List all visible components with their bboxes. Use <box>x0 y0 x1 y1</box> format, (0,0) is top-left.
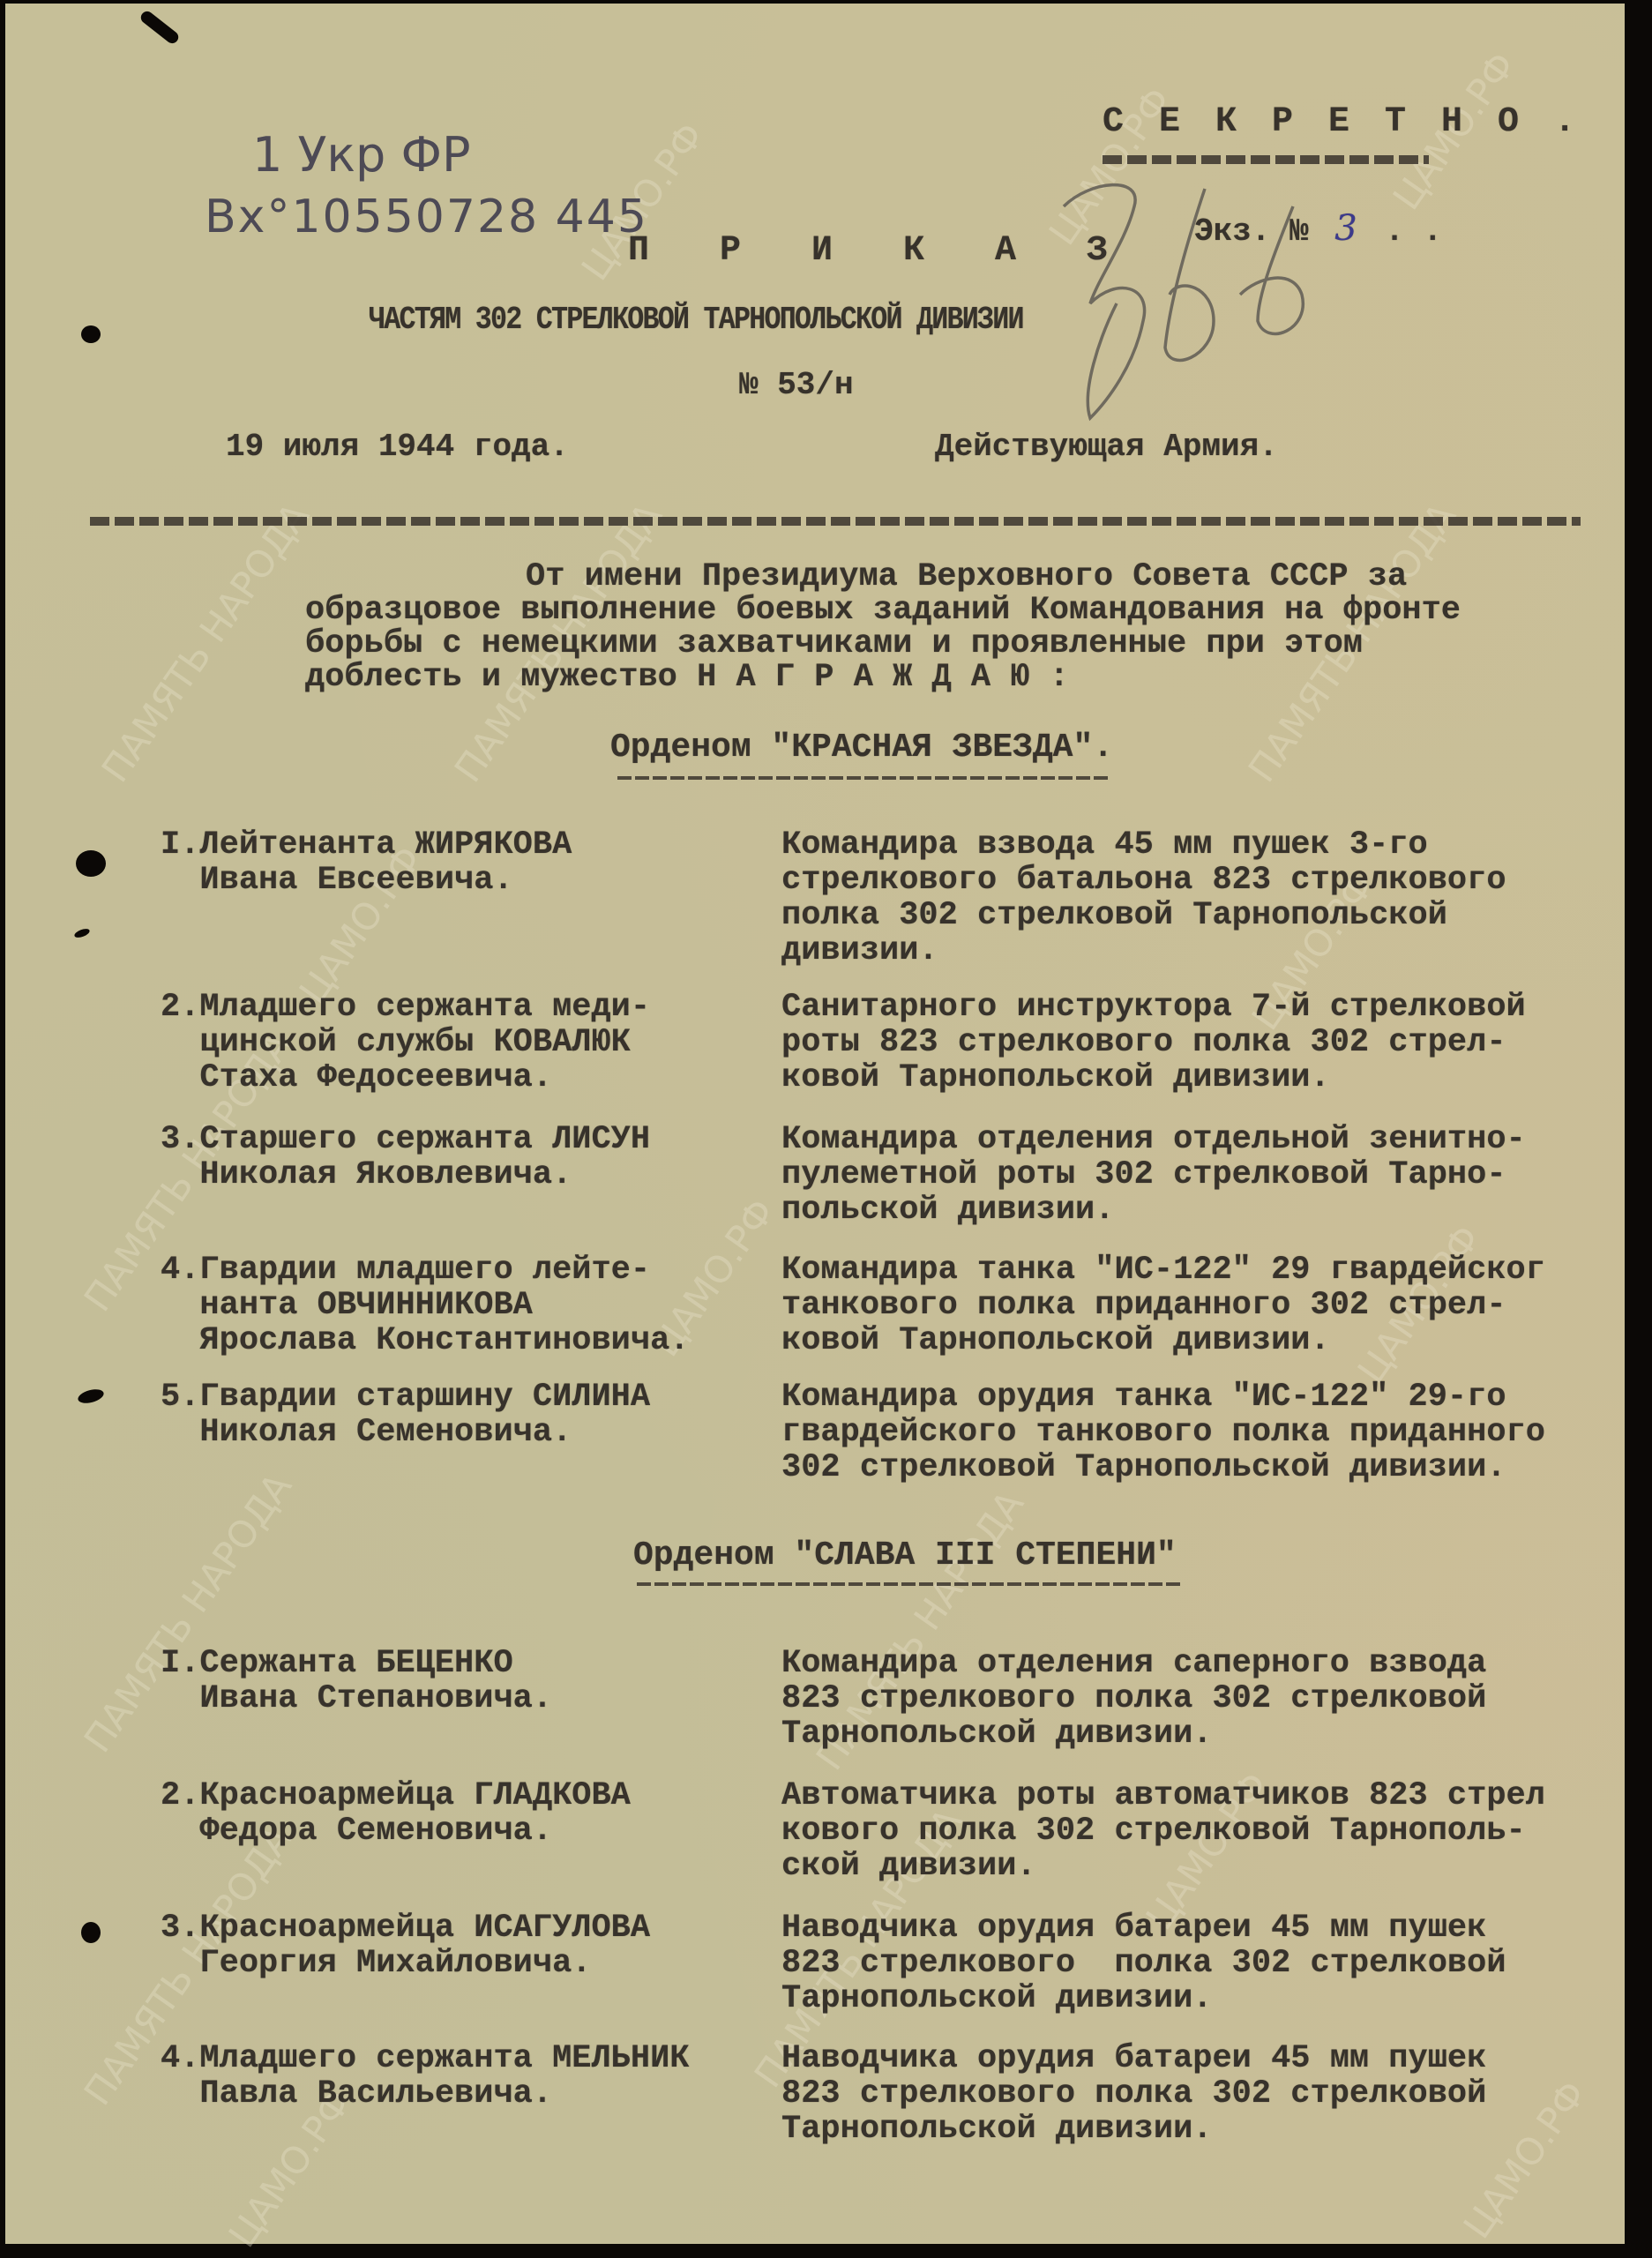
name-line: Ивана Евсеевича. <box>161 863 572 898</box>
name-line: Ярослава Константиновича. <box>161 1323 690 1358</box>
name-line: Ивана Степановича. <box>161 1681 552 1716</box>
section-heading-glory: Орденом "СЛАВА III СТЕПЕНИ" <box>633 1536 1177 1574</box>
desc-line: Командира орудия танка "ИС-122" 29-го <box>781 1379 1545 1415</box>
award-entry-name: 2.Красноармейца ГЛАДКОВА Федора Семенови… <box>161 1778 631 1849</box>
award-entry-description: Наводчика орудия батареи 45 мм пушек 823… <box>781 2041 1486 2147</box>
desc-line: Командира отделения отдельной зенитно- <box>781 1122 1526 1157</box>
name-line: Павла Васильевича. <box>161 2076 690 2112</box>
name-line: 2.Красноармейца ГЛАДКОВА <box>161 1778 631 1813</box>
order-location: Действующая Армия. <box>935 429 1278 465</box>
header-separator <box>90 517 1581 526</box>
desc-line: Тарнопольской дивизии. <box>781 2112 1486 2147</box>
desc-line: танкового полка приданного 302 стрел- <box>781 1288 1545 1323</box>
award-entry-description: Автоматчика роты автоматчиков 823 стрел … <box>781 1778 1545 1884</box>
desc-line: 823 стрелкового полка 302 стрелковой <box>781 2076 1486 2112</box>
desc-line: кового полка 302 стрелковой Тарнополь- <box>781 1813 1545 1849</box>
punch-hole-mark <box>73 927 91 939</box>
name-line: 4.Гвардии младшего лейте- <box>161 1252 690 1288</box>
preamble-line: доблесть и мужество Н А Г Р А Ж Д А Ю : <box>305 660 1069 695</box>
award-entry-name: 2.Младшего сержанта меди- цинской службы… <box>161 990 650 1095</box>
award-entry-description: Командира отделения отдельной зенитно- п… <box>781 1122 1526 1228</box>
desc-line: гвардейского танкового полка приданного <box>781 1415 1545 1450</box>
award-entry-description: Командира орудия танка "ИС-122" 29-го гв… <box>781 1379 1545 1485</box>
name-line: 3.Старшего сержанта ЛИСУН <box>161 1122 650 1157</box>
punch-hole-mark <box>81 325 101 343</box>
award-entry-name: 3.Красноармейца ИСАГУЛОВА Георгия Михайл… <box>161 1910 650 1981</box>
name-line: 3.Красноармейца ИСАГУЛОВА <box>161 1910 650 1946</box>
desc-line: Наводчика орудия батареи 45 мм пушек <box>781 2041 1486 2076</box>
name-line: 5.Гвардии старшину СИЛИНА <box>161 1379 650 1415</box>
document-type-title: П Р И К А З <box>628 231 1132 271</box>
punch-hole-mark <box>76 850 106 877</box>
award-entry-name: I.Лейтенанта ЖИРЯКОВА Ивана Евсеевича. <box>161 827 572 898</box>
desc-line: дивизии. <box>781 933 1506 968</box>
order-number: № 53/н <box>739 367 854 403</box>
desc-line: ковой Тарнопольской дивизии. <box>781 1323 1545 1358</box>
pencil-annotation-icon <box>1037 171 1337 436</box>
desc-line: Тарнопольской дивизии. <box>781 1716 1486 1752</box>
name-line: Николая Яковлевича. <box>161 1157 650 1193</box>
desc-line: пулеметной роты 302 стрелковой Тарно- <box>781 1157 1526 1193</box>
award-entry-description: Санитарного инструктора 7-й стрелковой р… <box>781 990 1526 1095</box>
order-date: 19 июля 1944 года. <box>226 429 569 465</box>
award-entry-description: Командира взвода 45 мм пушек 3-го стрелк… <box>781 827 1506 968</box>
section-heading-red-star: Орденом "КРАСНАЯ ЗВЕЗДА". <box>610 729 1113 766</box>
copy-number: 3 <box>1334 208 1357 249</box>
desc-line: полка 302 стрелковой Тарнопольской <box>781 898 1506 933</box>
name-line: Федора Семеновича. <box>161 1813 631 1849</box>
award-entry-description: Наводчика орудия батареи 45 мм пушек 823… <box>781 1910 1506 2016</box>
inbound-stamp-line1: 1 Укр ФР <box>252 127 471 183</box>
document-page: ЦАМО.РФ ЦАМО.РФ ЦАМО.РФ ПАМЯТЬ НАРОДА ПА… <box>5 4 1625 2244</box>
preamble-line: образцовое выполнение боевых заданий Ком… <box>305 593 1461 628</box>
name-line: I.Сержанта БЕЦЕНКО <box>161 1646 552 1681</box>
punch-hole-mark <box>81 1922 101 1943</box>
award-entry-name: 4.Гвардии младшего лейте- нанта ОВЧИННИК… <box>161 1252 690 1358</box>
punch-hole-mark <box>77 1387 106 1405</box>
addressee-line: ЧАСТЯМ 302 СТРЕЛКОВОЙ ТАРНОПОЛЬСКОЙ ДИВИ… <box>369 302 1023 338</box>
name-line: 4.Младшего сержанта МЕЛЬНИК <box>161 2041 690 2076</box>
desc-line: Командира отделения саперного взвода <box>781 1646 1486 1681</box>
inbound-stamp-number: Вх°10550728 445 <box>205 191 648 243</box>
section-heading-underline <box>617 776 1111 780</box>
ink-blot-mark <box>138 9 181 46</box>
name-line: Георгия Михайловича. <box>161 1946 650 1981</box>
classification-label: С Е К Р Е Т Н О . <box>1103 102 1582 142</box>
desc-line: Автоматчика роты автоматчиков 823 стрел <box>781 1778 1545 1813</box>
name-line: I.Лейтенанта ЖИРЯКОВА <box>161 827 572 863</box>
classification-underline <box>1103 155 1429 164</box>
desc-line: Командира взвода 45 мм пушек 3-го <box>781 827 1506 863</box>
desc-line: 302 стрелковой Тарнопольской дивизии. <box>781 1450 1545 1485</box>
name-line: нанта ОВЧИННИКОВА <box>161 1288 690 1323</box>
desc-line: 823 стрелкового полка 302 стрелковой <box>781 1681 1486 1716</box>
desc-line: ской дивизии. <box>781 1849 1545 1884</box>
preamble-line: борьбы с немецкими захватчиками и проявл… <box>305 626 1363 662</box>
desc-line: Санитарного инструктора 7-й стрелковой <box>781 990 1526 1025</box>
desc-line: ковой Тарнопольской дивизии. <box>781 1060 1526 1095</box>
award-entry-name: 3.Старшего сержанта ЛИСУН Николая Яковле… <box>161 1122 650 1193</box>
section-heading-underline <box>637 1582 1184 1586</box>
name-line: Николая Семеновича. <box>161 1415 650 1450</box>
award-entry-name: 4.Младшего сержанта МЕЛЬНИК Павла Василь… <box>161 2041 690 2112</box>
desc-line: стрелкового батальона 823 стрелкового <box>781 863 1506 898</box>
desc-line: роты 823 стрелкового полка 302 стрел- <box>781 1025 1526 1060</box>
preamble-line: От имени Президиума Верховного Совета СС… <box>526 559 1407 594</box>
award-entry-description: Командира отделения саперного взвода 823… <box>781 1646 1486 1752</box>
watermark: ПАМЯТЬ НАРОДА <box>93 495 318 789</box>
award-entry-description: Командира танка "ИС-122" 29 гвардейског … <box>781 1252 1545 1358</box>
desc-line: Тарнопольской дивизии. <box>781 1981 1506 2016</box>
desc-line: 823 стрелкового полка 302 стрелковой <box>781 1946 1506 1981</box>
award-entry-name: 5.Гвардии старшину СИЛИНА Николая Семено… <box>161 1379 650 1450</box>
desc-line: Командира танка "ИС-122" 29 гвардейског <box>781 1252 1545 1288</box>
name-line: Стаха Федосеевича. <box>161 1060 650 1095</box>
name-line: цинской службы КОВАЛЮК <box>161 1025 650 1060</box>
desc-line: польской дивизии. <box>781 1193 1526 1228</box>
name-line: 2.Младшего сержанта меди- <box>161 990 650 1025</box>
desc-line: Наводчика орудия батареи 45 мм пушек <box>781 1910 1506 1946</box>
copy-trailing: . . <box>1385 213 1442 250</box>
award-entry-name: I.Сержанта БЕЦЕНКО Ивана Степановича. <box>161 1646 552 1716</box>
